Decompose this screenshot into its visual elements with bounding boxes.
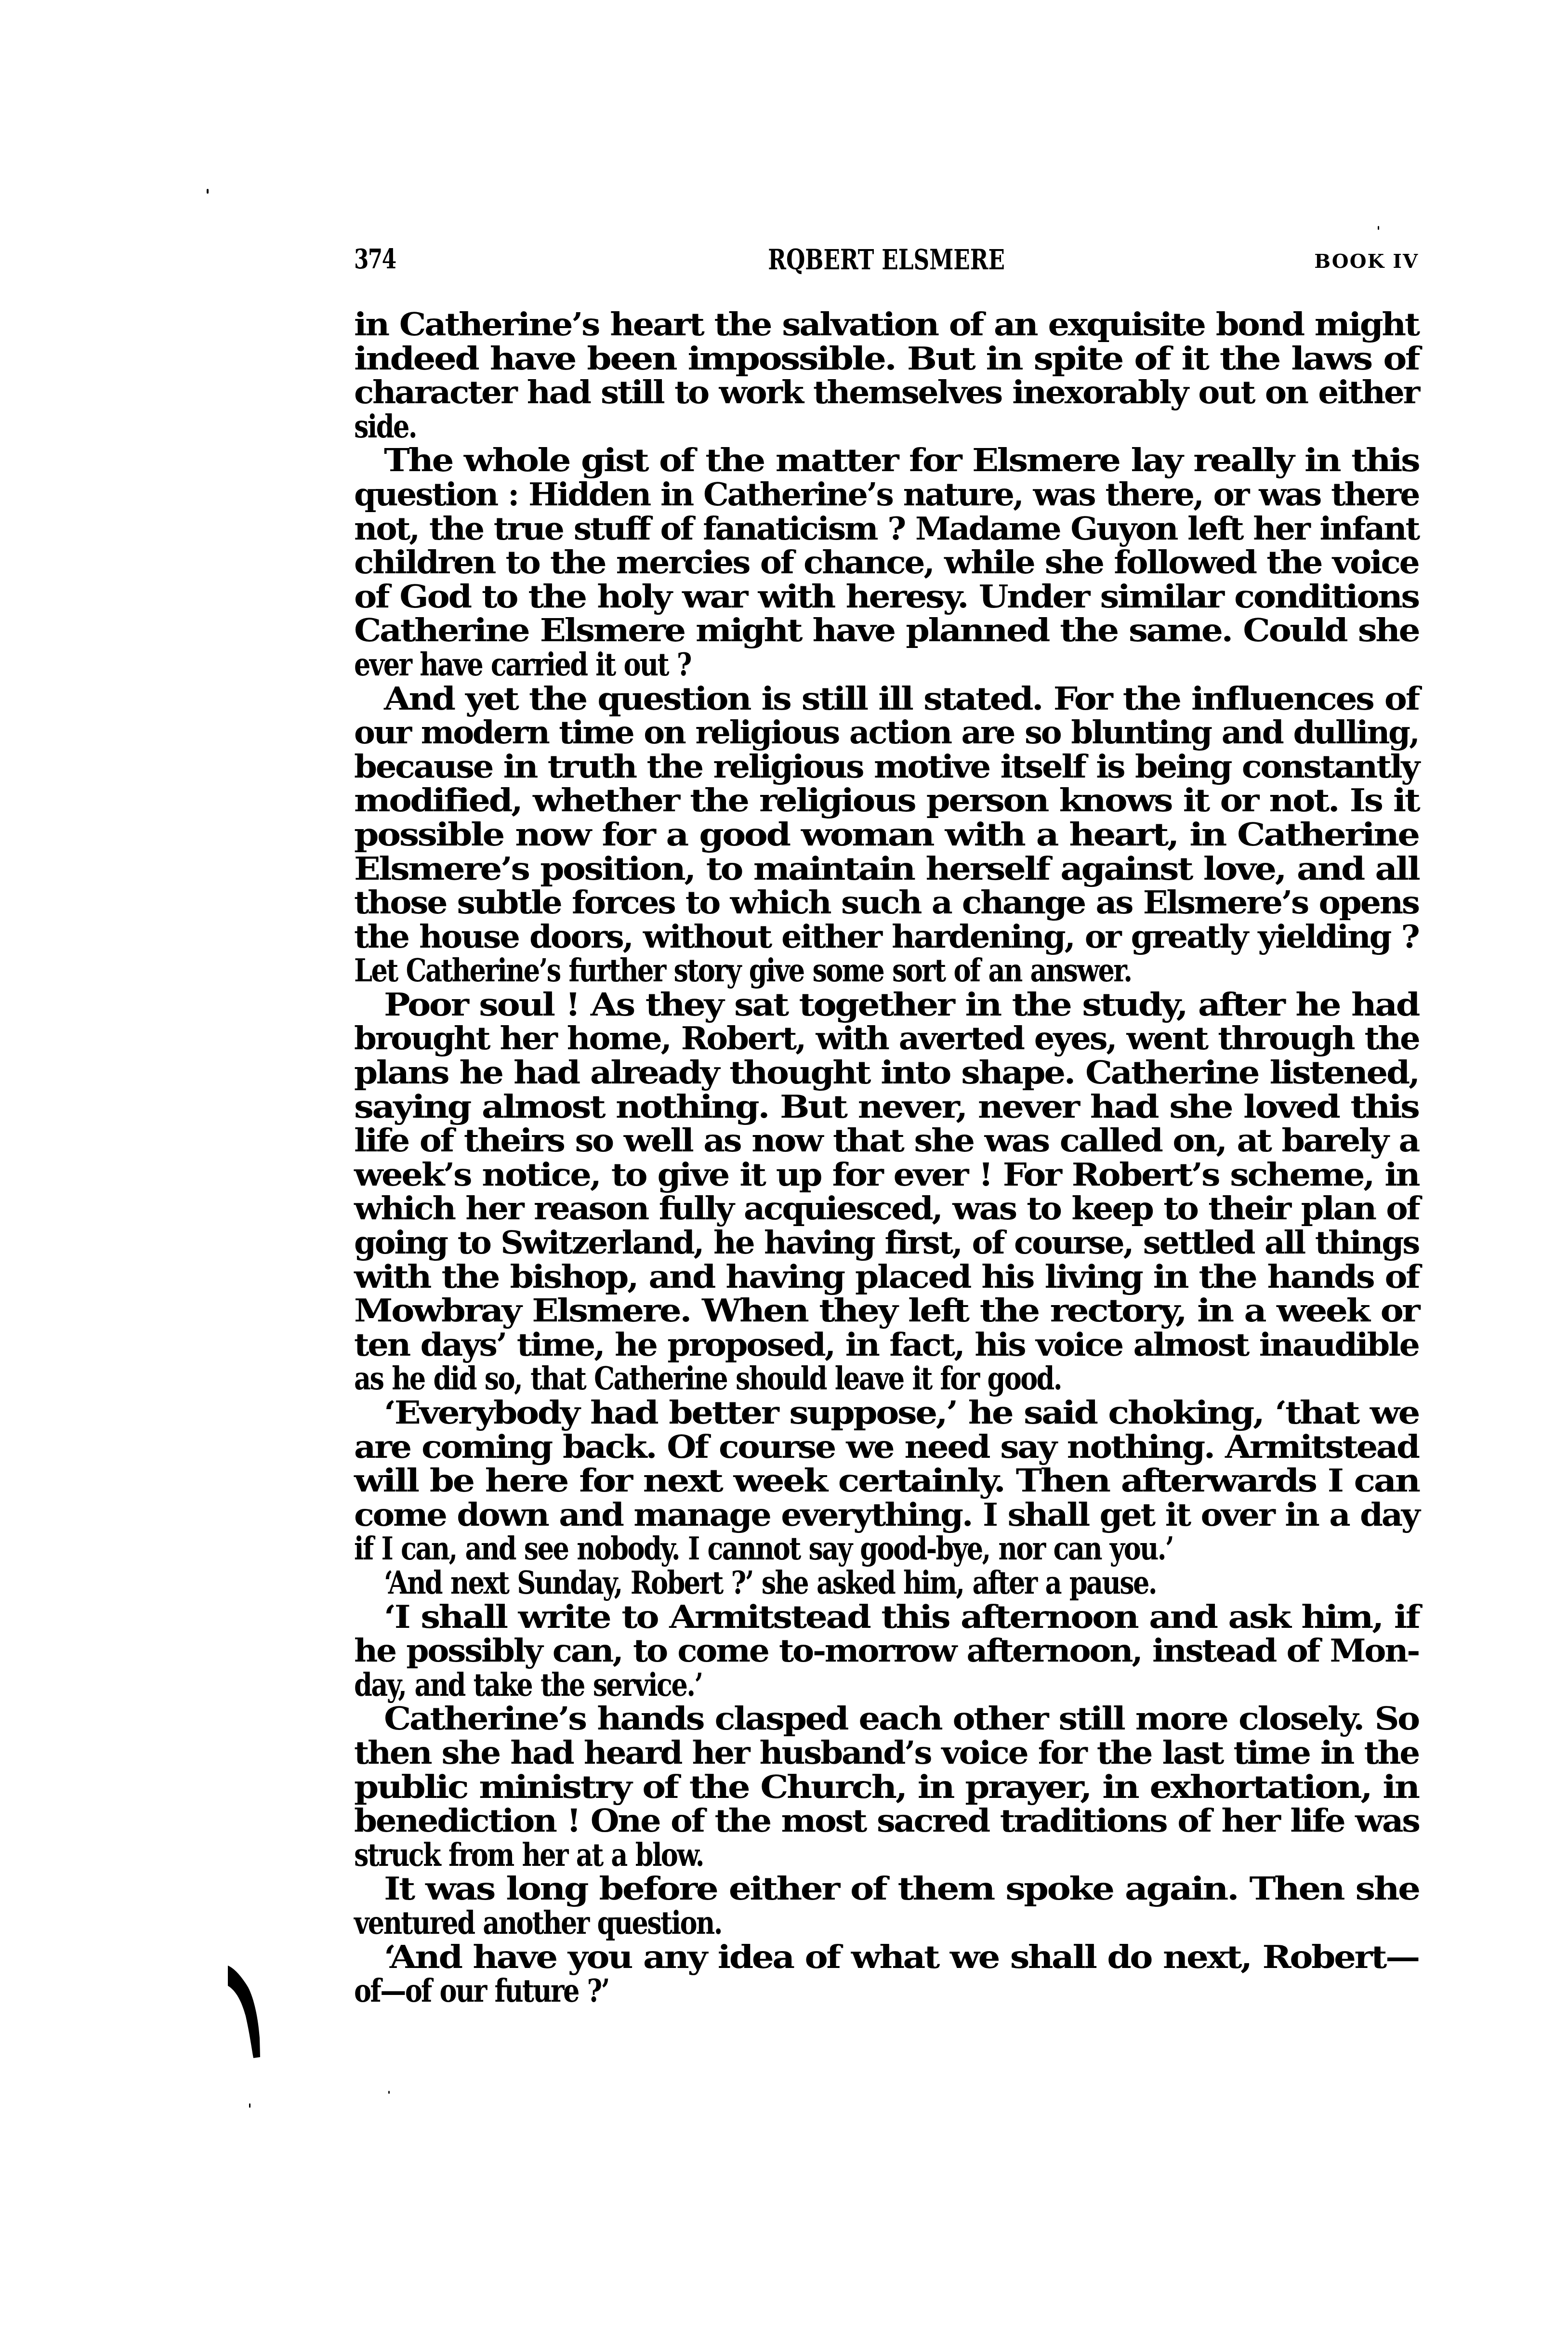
text-line-content: ever have carried it out ? (354, 647, 691, 682)
text-line: character had still to work themselves i… (354, 375, 1419, 409)
text-line-content: if I can, and see nobody. I cannot say g… (354, 1531, 1173, 1566)
text-line-content: week’s notice, to give it up for ever ! … (354, 1158, 1419, 1192)
text-line-content: children to the mercies of chance, while… (354, 545, 1419, 580)
text-line: ‘I shall write to Armitstead this aftern… (354, 1600, 1419, 1634)
running-title-wrap: RQBERT ELSMERE (354, 243, 1419, 276)
text-line: public ministry of the Church, in prayer… (354, 1770, 1419, 1804)
text-line-content: life of theirs so well as now that she w… (354, 1123, 1419, 1158)
text-line: And yet the question is still ill stated… (354, 682, 1419, 716)
text-line-content: he possibly can, to come to-morrow after… (354, 1634, 1419, 1668)
text-line: plans he had already thought into shape.… (354, 1056, 1419, 1090)
text-line-content: come down and manage everything. I shall… (354, 1498, 1419, 1532)
running-head: 374 RQBERT ELSMERE BOOK IV (354, 243, 1419, 282)
text-line: struck from her at a blow. (354, 1838, 1419, 1872)
text-line: because in truth the religious motive it… (354, 750, 1419, 784)
text-line: then she had heard her husband’s voice f… (354, 1736, 1419, 1770)
text-line: of—of our future ?’ (354, 1974, 1419, 2008)
text-line-content: our modern time on religious action are … (354, 715, 1419, 750)
scan-speck (1378, 226, 1379, 230)
text-line-content: It was long before either of them spoke … (384, 1872, 1419, 1906)
text-line-content: in Catherine’s heart the salvation of an… (354, 307, 1419, 342)
text-line: he possibly can, to come to-morrow after… (354, 1634, 1419, 1668)
text-line: benediction ! One of the most sacred tra… (354, 1804, 1419, 1838)
text-line: as he did so, that Catherine should leav… (354, 1361, 1419, 1396)
text-line: question : Hidden in Catherine’s nature,… (354, 477, 1419, 512)
text-line: ever have carried it out ? (354, 647, 1419, 682)
text-line-content: character had still to work themselves i… (354, 375, 1419, 409)
text-line: ‘Everybody had better suppose,’ he said … (354, 1396, 1419, 1430)
text-line: in Catherine’s heart the salvation of an… (354, 307, 1419, 342)
text-line-content: The whole gist of the matter for Elsmere… (384, 443, 1419, 477)
text-line-content: Catherine Elsmere might have planned the… (354, 613, 1419, 647)
text-line-content: ‘And next Sunday, Robert ?’ she asked hi… (384, 1566, 1156, 1600)
scan-speck (207, 189, 209, 194)
text-line: come down and manage everything. I shall… (354, 1498, 1419, 1532)
text-line: saying almost nothing. But never, never … (354, 1090, 1419, 1124)
text-line: ‘And have you any idea of what we shall … (354, 1940, 1419, 1974)
text-line: It was long before either of them spoke … (354, 1872, 1419, 1906)
text-line: children to the mercies of chance, while… (354, 545, 1419, 580)
text-line-content: Elsmere’s position, to maintain herself … (354, 852, 1419, 886)
book-label: BOOK IV (1314, 250, 1419, 273)
text-line: Mowbray Elsmere. When they left the rect… (354, 1294, 1419, 1328)
text-line-content: side. (354, 409, 416, 444)
text-line-content: modified, whether the religious person k… (354, 783, 1419, 818)
text-line: of God to the holy war with heresy. Unde… (354, 580, 1419, 614)
text-line-content: as he did so, that Catherine should leav… (354, 1361, 1061, 1396)
running-title: RQBERT ELSMERE (768, 243, 1005, 276)
text-line-content: question : Hidden in Catherine’s nature,… (354, 477, 1419, 512)
text-line-content: Mowbray Elsmere. When they left the rect… (354, 1294, 1419, 1328)
text-line: week’s notice, to give it up for ever ! … (354, 1158, 1419, 1192)
text-line: Let Catherine’s further story give some … (354, 953, 1419, 988)
text-line-content: benediction ! One of the most sacred tra… (354, 1804, 1419, 1838)
text-line-content: ‘I shall write to Armitstead this aftern… (384, 1600, 1419, 1634)
scan-speck (249, 2103, 250, 2108)
text-line: modified, whether the religious person k… (354, 783, 1419, 818)
text-line-content: And yet the question is still ill stated… (384, 682, 1419, 716)
text-line: Catherine Elsmere might have planned the… (354, 613, 1419, 647)
body-text: in Catherine’s heart the salvation of an… (354, 307, 1419, 2008)
text-line: are coming back. Of course we need say n… (354, 1430, 1419, 1464)
text-line: with the bishop, and having placed his l… (354, 1260, 1419, 1294)
text-line-content: Let Catherine’s further story give some … (354, 953, 1131, 988)
scan-artifact-curved-mark-icon (226, 1966, 275, 2062)
text-line-content: plans he had already thought into shape.… (354, 1056, 1419, 1090)
text-line: Poor soul ! As they sat together in the … (354, 988, 1419, 1022)
text-line: not, the true stuff of fanaticism ? Mada… (354, 512, 1419, 546)
text-line: day, and take the service.’ (354, 1668, 1419, 1702)
text-line: ventured another question. (354, 1906, 1419, 1940)
text-line: indeed have been impossible. But in spit… (354, 342, 1419, 376)
text-line-content: Catherine’s hands clasped each other sti… (384, 1702, 1419, 1736)
text-line: will be here for next week certainly. Th… (354, 1464, 1419, 1498)
text-line-content: which her reason fully acquiesced, was t… (354, 1191, 1419, 1226)
text-line-content: struck from her at a blow. (354, 1838, 703, 1872)
text-line-content: are coming back. Of course we need say n… (354, 1430, 1419, 1464)
text-line: Catherine’s hands clasped each other sti… (354, 1702, 1419, 1736)
text-line-content: brought her home, Robert, with averted e… (354, 1021, 1419, 1056)
text-line: going to Switzerland, he having first, o… (354, 1226, 1419, 1260)
text-line-content: day, and take the service.’ (354, 1668, 702, 1702)
text-line: the house doors, without either hardenin… (354, 920, 1419, 954)
text-line-content: possible now for a good woman with a hea… (354, 818, 1419, 852)
text-line-content: ‘And have you any idea of what we shall … (384, 1940, 1419, 1974)
text-line: our modern time on religious action are … (354, 715, 1419, 750)
text-line-content: will be here for next week certainly. Th… (354, 1464, 1419, 1498)
text-line-content: with the bishop, and having placed his l… (354, 1260, 1419, 1294)
book-page: 374 RQBERT ELSMERE BOOK IV in Catherine’… (0, 0, 1568, 2350)
text-line: which her reason fully acquiesced, was t… (354, 1191, 1419, 1226)
text-line-content: saying almost nothing. But never, never … (354, 1090, 1419, 1124)
text-line-content: of God to the holy war with heresy. Unde… (354, 580, 1419, 614)
text-line-content: going to Switzerland, he having first, o… (354, 1226, 1419, 1260)
text-line-content: public ministry of the Church, in prayer… (354, 1770, 1418, 1804)
text-line-content: of—of our future ?’ (354, 1974, 609, 2008)
text-line: life of theirs so well as now that she w… (354, 1123, 1419, 1158)
text-line: those subtle forces to which such a chan… (354, 885, 1419, 920)
text-line-content: then she had heard her husband’s voice f… (354, 1736, 1419, 1770)
text-line: brought her home, Robert, with averted e… (354, 1021, 1419, 1056)
text-line: Elsmere’s position, to maintain herself … (354, 852, 1419, 886)
text-line-content: those subtle forces to which such a chan… (354, 885, 1419, 920)
text-line: possible now for a good woman with a hea… (354, 818, 1419, 852)
text-line: ‘And next Sunday, Robert ?’ she asked hi… (354, 1566, 1419, 1600)
text-line-content: Poor soul ! As they sat together in the … (384, 988, 1419, 1022)
text-line: side. (354, 409, 1419, 444)
text-line-content: ten days’ time, he proposed, in fact, hi… (354, 1328, 1419, 1362)
text-line: The whole gist of the matter for Elsmere… (354, 443, 1419, 477)
text-line-content: because in truth the religious motive it… (354, 750, 1419, 784)
text-line-content: not, the true stuff of fanaticism ? Mada… (354, 512, 1419, 546)
text-line-content: ventured another question. (354, 1906, 722, 1940)
text-line-content: the house doors, without either hardenin… (354, 920, 1419, 954)
text-line-content: indeed have been impossible. But in spit… (354, 342, 1419, 376)
scan-speck (388, 2091, 390, 2094)
text-line: if I can, and see nobody. I cannot say g… (354, 1531, 1419, 1566)
text-line-content: ‘Everybody had better suppose,’ he said … (384, 1396, 1419, 1430)
text-line: ten days’ time, he proposed, in fact, hi… (354, 1328, 1419, 1362)
